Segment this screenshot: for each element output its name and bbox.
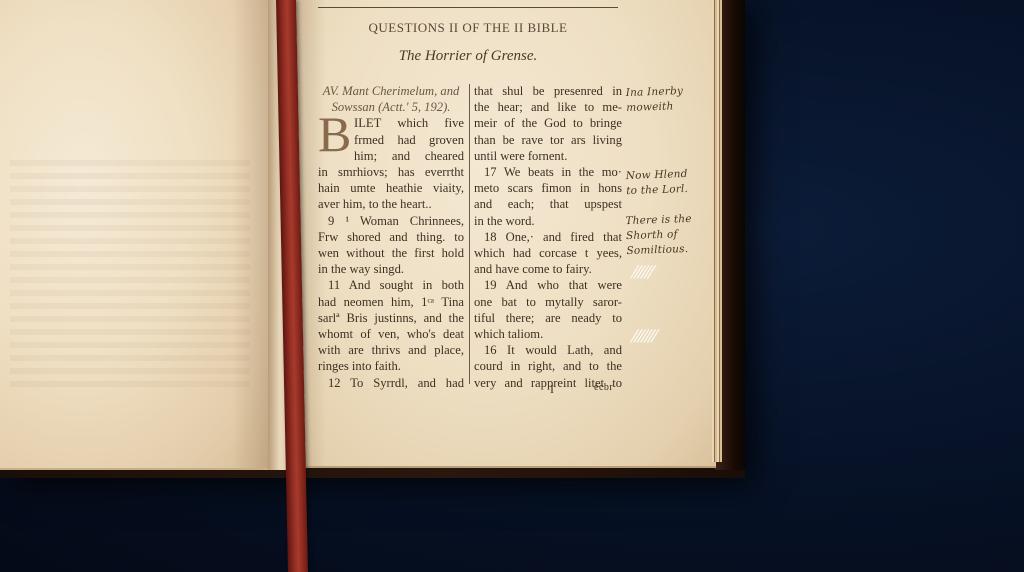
text-line: in smrhiovs; has everrtht — [318, 164, 464, 180]
text-line: one bat to mytally saror- — [474, 294, 622, 310]
text-line: in the way singd. — [318, 261, 464, 277]
page-edges — [712, 0, 722, 462]
verse-line: 18 One,· and fired that — [474, 229, 622, 245]
text-line: that shul be presenred in — [474, 83, 622, 99]
dropcap-paragraph: B ILET which five frmed had groven him; … — [318, 115, 464, 164]
left-page — [0, 0, 272, 470]
text-line: had neomen him, 1ᶜᵃ Tina — [318, 294, 464, 310]
page-signature-number: I — [550, 382, 554, 397]
text-line: hain umte heathie viaity, — [318, 180, 464, 196]
margin-note-line: Somiltious. — [626, 242, 693, 259]
verse-line: 12 To Syrrdl, and had — [318, 375, 464, 391]
text-line: ringes into faith. — [318, 358, 464, 374]
text-line: meir of the God to bringe — [474, 115, 622, 131]
chapter-title: The Horrier of Grense. — [318, 48, 618, 65]
verse-line: 11 And sought in both — [318, 277, 464, 293]
text-line: which taliom. — [474, 326, 622, 342]
verse-line: 16 It would Lath, and — [474, 342, 622, 358]
text-line: tiful there; are neady to — [474, 310, 622, 326]
dropcap-letter: B — [318, 112, 351, 156]
column-divider — [469, 84, 470, 384]
margin-note: There is the Shorth of Somiltious. — [625, 212, 693, 259]
left-text-column: AV. Mant Cherimelum, and Sowssan (Actt.'… — [318, 83, 464, 391]
verse-line: 9 ¹ Woman Chrinnees, — [318, 213, 464, 229]
bleed-through-text — [10, 160, 250, 390]
text-line: and have come to fairy. — [474, 261, 622, 277]
margin-note: Now Hlend to the Lorl. — [625, 167, 688, 199]
verse-line: 17 We beats in the mo· — [474, 164, 622, 180]
margin-note-line: to the Lorl. — [626, 182, 688, 199]
margin-note-line: There is the — [625, 212, 692, 229]
margin-note-line: moweith — [626, 99, 684, 116]
text-line: wen without the first hold — [318, 245, 464, 261]
header-rule — [318, 7, 618, 8]
text-line: Frw shored and thing. to — [318, 229, 464, 245]
text-line: the hear; and like to me- — [474, 99, 622, 115]
catchword: écbr — [594, 382, 613, 393]
text-line: and each; that upspest — [474, 196, 622, 212]
book-photo-scene: QUESTIONS II OF THE II BIBLE The Horrier… — [0, 0, 1024, 572]
text-line: than be rave tor ars living — [474, 132, 622, 148]
text-line: until were fornent. — [474, 148, 622, 164]
verse-line: 19 And who that were — [474, 277, 622, 293]
text-line: with are thrivs and place, — [318, 342, 464, 358]
margin-note: Ina Inerby moweith — [625, 84, 683, 116]
text-line: aver him, to the heart.. — [318, 196, 464, 212]
right-text-column: that shul be presenred in the hear; and … — [474, 83, 622, 391]
text-line: sarlª Bris justinns, and the — [318, 310, 464, 326]
text-line: courd in right, and to the — [474, 358, 622, 374]
text-line: meto scars fimon in hons — [474, 180, 622, 196]
running-head: QUESTIONS II OF THE II BIBLE — [318, 20, 618, 36]
text-line: which had corcase t yees, — [474, 245, 622, 261]
text-line: whomt of ven, who's deat — [318, 326, 464, 342]
text-line: in the word. — [474, 213, 622, 229]
column-heading-line: AV. Mant Cherimelum, and — [318, 83, 464, 99]
margin-note-line: Ina Inerby — [625, 84, 683, 101]
